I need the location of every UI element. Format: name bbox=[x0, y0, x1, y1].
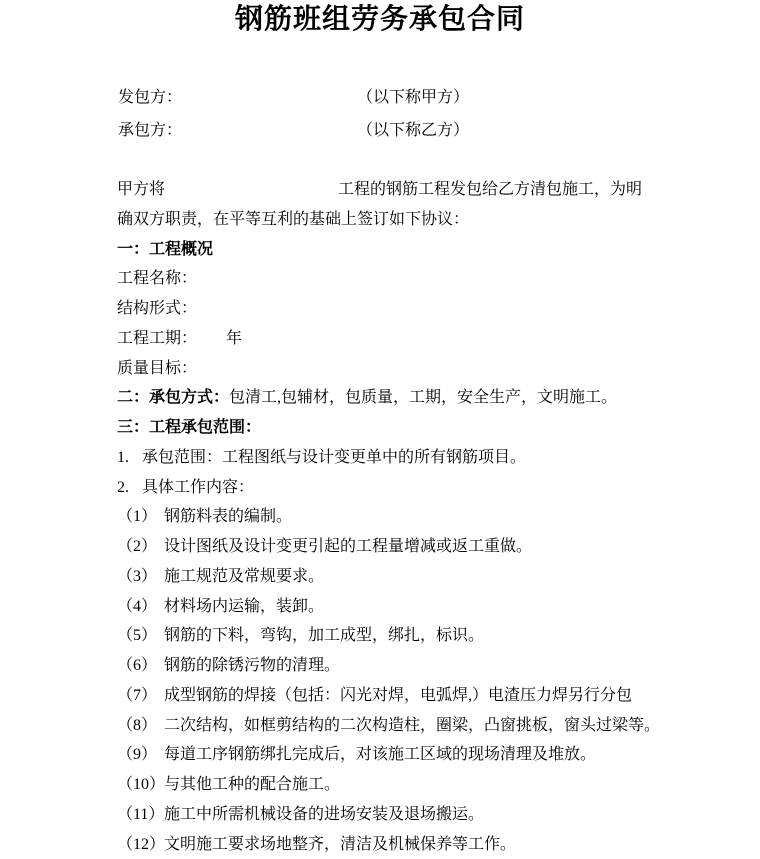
list-subitem: （9）每道工序钢筋绑扎完成后，对该施工区域的现场清理及堆放。 bbox=[117, 740, 660, 770]
contractor-label: 承包方： bbox=[118, 114, 357, 147]
list-subitem-number: （3） bbox=[117, 562, 164, 592]
list-subitem-number: （8） bbox=[117, 711, 164, 741]
list-subitem: （10）与其他工种的配合施工。 bbox=[117, 770, 660, 800]
field-quality-target: 质量目标： bbox=[117, 354, 660, 384]
list-subitem-text: 施工中所需机械设备的进场安装及退场搬运。 bbox=[164, 806, 484, 823]
field-structure-type: 结构形式： bbox=[117, 294, 660, 324]
list-subitem-number: （11） bbox=[117, 800, 164, 830]
field-quality-target-label: 质量目标： bbox=[117, 360, 197, 377]
parties-block: 发包方：（以下称甲方） 承包方：（以下称乙方） bbox=[0, 81, 760, 147]
list-item: 1.承包范围：工程图纸与设计变更单中的所有钢筋项目。 bbox=[117, 443, 660, 473]
list-subitem-text: 施工规范及常规要求。 bbox=[164, 568, 324, 585]
intro-prefix: 甲方将 bbox=[117, 181, 165, 198]
list-item-text: 具体工作内容： bbox=[142, 479, 254, 496]
list-subitem-text: 成型钢筋的焊接（包括：闪光对焊，电弧焊,）电渣压力焊另行分包 bbox=[164, 687, 632, 704]
list-subitem: （6）钢筋的除锈污物的清理。 bbox=[117, 651, 660, 681]
list-subitem: （7）成型钢筋的焊接（包括：闪光对焊，电弧焊,）电渣压力焊另行分包 bbox=[117, 681, 660, 711]
list-item-number: 1. bbox=[117, 443, 142, 473]
list-subitem-text: 材料场内运输，装卸。 bbox=[164, 598, 324, 615]
list-subitem-number: （5） bbox=[117, 621, 164, 651]
list-subitem-text: 钢筋的下料，弯钩，加工成型，绑扎，标识。 bbox=[164, 627, 484, 644]
list-subitem-number: （12） bbox=[117, 830, 164, 859]
list-subitem: （11）施工中所需机械设备的进场安装及退场搬运。 bbox=[117, 800, 660, 830]
party-row-employer: 发包方：（以下称甲方） bbox=[118, 81, 760, 114]
intro-line-1: 甲方将工程的钢筋工程发包给乙方清包施工，为明 bbox=[117, 175, 660, 205]
list-subitem-number: （2） bbox=[117, 532, 164, 562]
section2-line: 二：承包方式：包清工,包辅材，包质量，工期，安全生产，文明施工。 bbox=[117, 383, 660, 413]
project-name-blank bbox=[165, 193, 338, 194]
list-subitem: （1）钢筋料表的编制。 bbox=[117, 502, 660, 532]
employer-alias: （以下称甲方） bbox=[357, 89, 469, 106]
list-item-text: 承包范围：工程图纸与设计变更单中的所有钢筋项目。 bbox=[142, 449, 526, 466]
list-subitem-number: （10） bbox=[117, 770, 164, 800]
list-subitem: （3）施工规范及常规要求。 bbox=[117, 562, 660, 592]
section1-heading: 一：工程概况 bbox=[117, 235, 660, 265]
list-item: 2.具体工作内容： bbox=[117, 473, 660, 503]
section2-heading: 二：承包方式： bbox=[117, 389, 229, 406]
intro-line-2: 确双方职责，在平等互利的基础上签订如下协议： bbox=[117, 205, 660, 235]
contract-document-page: 钢筋班组劳务承包合同 发包方：（以下称甲方） 承包方：（以下称乙方） 甲方将工程… bbox=[0, 2, 760, 859]
field-project-duration-label: 工程工期： bbox=[117, 330, 197, 347]
contractor-alias: （以下称乙方） bbox=[357, 122, 469, 139]
list-subitem-text: 设计图纸及设计变更引起的工程量增减或返工重做。 bbox=[164, 538, 532, 555]
field-project-duration: 工程工期：年 bbox=[117, 324, 660, 354]
list-subitem-number: （9） bbox=[117, 740, 164, 770]
list-subitem: （5）钢筋的下料，弯钩，加工成型，绑扎，标识。 bbox=[117, 621, 660, 651]
field-project-name: 工程名称： bbox=[117, 264, 660, 294]
list-subitem-number: （7） bbox=[117, 681, 164, 711]
list-subitem-text: 二次结构，如框剪结构的二次构造柱，圈梁，凸窗挑板，窗头过梁等。 bbox=[164, 717, 660, 734]
list-subitem-number: （4） bbox=[117, 592, 164, 622]
list-subitem-text: 与其他工种的配合施工。 bbox=[164, 776, 340, 793]
field-project-name-label: 工程名称： bbox=[117, 270, 197, 287]
list-subitem-text: 文明施工要求场地整齐，清洁及机械保养等工作。 bbox=[164, 836, 516, 853]
list-subitem-number: （1） bbox=[117, 502, 164, 532]
employer-label: 发包方： bbox=[118, 81, 357, 114]
intro-rest: 工程的钢筋工程发包给乙方清包施工，为明 bbox=[338, 181, 642, 198]
list-subitem-text: 钢筋的除锈污物的清理。 bbox=[164, 657, 340, 674]
field-project-duration-value: 年 bbox=[226, 330, 242, 347]
party-row-contractor: 承包方：（以下称乙方） bbox=[118, 114, 760, 147]
section2-text: 包清工,包辅材，包质量，工期，安全生产，文明施工。 bbox=[229, 389, 617, 406]
list-subitem-text: 每道工序钢筋绑扎完成后，对该施工区域的现场清理及堆放。 bbox=[164, 746, 596, 763]
list-subitem: （2）设计图纸及设计变更引起的工程量增减或返工重做。 bbox=[117, 532, 660, 562]
list-item-number: 2. bbox=[117, 473, 142, 503]
list-subitem: （4）材料场内运输，装卸。 bbox=[117, 592, 660, 622]
list-subitem: （12）文明施工要求场地整齐，清洁及机械保养等工作。 bbox=[117, 830, 660, 859]
section3-heading: 三：工程承包范围： bbox=[117, 413, 660, 443]
document-title: 钢筋班组劳务承包合同 bbox=[0, 2, 760, 38]
list-subitem: （8）二次结构，如框剪结构的二次构造柱，圈梁，凸窗挑板，窗头过梁等。 bbox=[117, 711, 660, 741]
list-subitem-text: 钢筋料表的编制。 bbox=[164, 508, 292, 525]
list-subitem-number: （6） bbox=[117, 651, 164, 681]
document-body: 甲方将工程的钢筋工程发包给乙方清包施工，为明 确双方职责，在平等互利的基础上签订… bbox=[0, 147, 760, 859]
field-structure-type-label: 结构形式： bbox=[117, 300, 197, 317]
